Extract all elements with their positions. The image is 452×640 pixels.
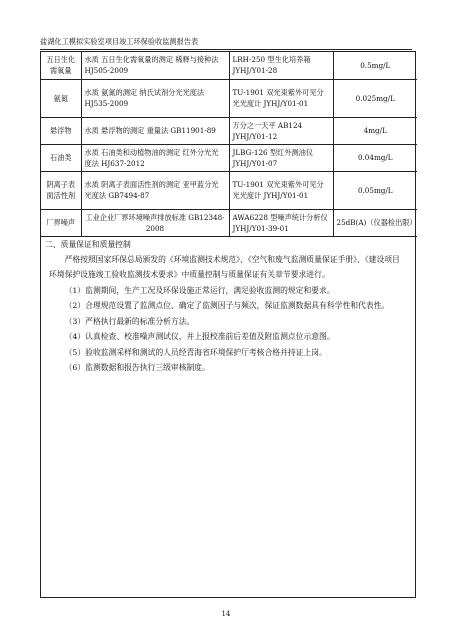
table-row: 氨氮 水质 氨氮的测定 纳氏试剂分光光度法 HJ535-2009 TU-1901… <box>41 79 417 117</box>
row-limit: 0.5mg/L <box>333 52 417 79</box>
row-method: 工业企业厂界环境噪声排放标准 GB12348-2008 <box>81 209 229 236</box>
row-item: 厂界噪声 <box>41 209 81 236</box>
row-limit: 25dB(A)（仪器检出限） <box>333 209 417 236</box>
row-limit: 4mg/L <box>333 117 417 144</box>
row-method: 水质 阴离子表面活性剂的测定 亚甲蓝分光光度法 GB7494-87 <box>81 171 229 209</box>
row-instrument: 万分之一天平 AB124 JYHJ/Y01-12 <box>229 117 333 144</box>
qa-item: （6）监测数据和报告执行三级审核制度。 <box>41 360 415 376</box>
row-item: 悬浮物 <box>41 117 81 144</box>
table-row: 五日生化需氧量 水质 五日生化需氧量的测定 稀释与接种法 HJ505-2009 … <box>41 52 417 79</box>
header-title: 盐湖化工模拟实验室项目竣工环保验收监测报告表 <box>40 37 198 46</box>
row-method: 水质 悬浮物的测定 重量法 GB11901-89 <box>81 117 229 144</box>
qa-item: （2）合理规范设置了监测点位、确定了监测因子与频次，保证监测数据具有科学性和代表… <box>41 298 415 314</box>
section-intro: 严格按照国家环保总局颁发的《环境监测技术规范》、《空气和废气监测质量保证手册》、… <box>41 252 415 283</box>
method-table: 五日生化需氧量 水质 五日生化需氧量的测定 稀释与接种法 HJ505-2009 … <box>41 52 417 237</box>
row-instrument: LRH-250 型生化培养箱 JYHJ/Y01-28 <box>229 52 333 79</box>
qa-item: （5）验收监测采样和测试的人员经青海省环境保护厅考核合格并持证上岗。 <box>41 345 415 361</box>
row-item: 氨氮 <box>41 79 81 117</box>
table-row: 厂界噪声 工业企业厂界环境噪声排放标准 GB12348-2008 AWA6228… <box>41 209 417 236</box>
page-header: 盐湖化工模拟实验室项目竣工环保验收监测报告表 <box>40 35 412 50</box>
report-frame: 五日生化需氧量 水质 五日生化需氧量的测定 稀释与接种法 HJ505-2009 … <box>40 51 416 598</box>
row-item: 阴离子表面活性剂 <box>41 171 81 209</box>
qa-item: （4）认真检查、校准噪声测试仪，并上报校准前后差值及附监测点位示意图。 <box>41 329 415 345</box>
row-item: 石油类 <box>41 144 81 171</box>
row-method: 水质 氨氮的测定 纳氏试剂分光光度法 HJ535-2009 <box>81 79 229 117</box>
table-row: 阴离子表面活性剂 水质 阴离子表面活性剂的测定 亚甲蓝分光光度法 GB7494-… <box>41 171 417 209</box>
row-instrument: TU-1901 双光束紫外可见分光光度计 JYHJ/Y01-01 <box>229 79 333 117</box>
table-row: 石油类 水质 石油类和动植物油的测定 红外分光光度法 HJ637-2012 JL… <box>41 144 417 171</box>
row-instrument: JLBG-126 型红外测油仪 JYHJ/Y01-07 <box>229 144 333 171</box>
row-limit: 0.025mg/L <box>333 79 417 117</box>
row-instrument: TU-1901 双光束紫外可见分光光度计 JYHJ/Y01-01 <box>229 171 333 209</box>
row-method: 水质 石油类和动植物油的测定 红外分光光度法 HJ637-2012 <box>81 144 229 171</box>
qa-item: （3）严格执行最新的标准分析方法。 <box>41 314 415 330</box>
table-row: 悬浮物 水质 悬浮物的测定 重量法 GB11901-89 万分之一天平 AB12… <box>41 117 417 144</box>
row-method: 水质 五日生化需氧量的测定 稀释与接种法 HJ505-2009 <box>81 52 229 79</box>
section-title: 二、质量保证和质量控制 <box>41 237 415 252</box>
row-limit: 0.04mg/L <box>333 144 417 171</box>
row-instrument: AWA6228 型噪声统计分析仪 JYHJ/Y01-39-01 <box>229 209 333 236</box>
qa-item: （1）监测期间，生产工况及环保设施正常运行，满足验收监测的规定和要求。 <box>41 283 415 299</box>
row-limit: 0.05mg/L <box>333 171 417 209</box>
row-item: 五日生化需氧量 <box>41 52 81 79</box>
page-number: 14 <box>0 610 452 618</box>
